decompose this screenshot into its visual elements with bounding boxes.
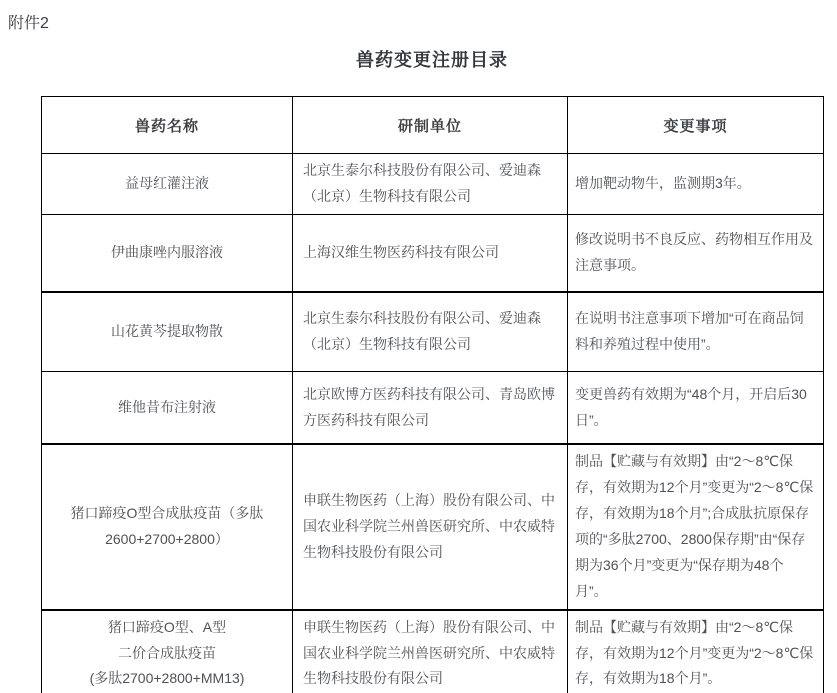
registration-table: 兽药名称 研制单位 变更事项 益母红灌注液 北京生泰尔科技股份有限公司、爱迪森（… — [41, 96, 824, 693]
developer-cell: 北京欧博方医药科技有限公司、青岛欧博方医药科技有限公司 — [293, 371, 568, 444]
developer-cell: 北京生泰尔科技股份有限公司、爱迪森（北京）生物科技有限公司 — [293, 292, 568, 371]
table-row: 伊曲康唑内服溶液 上海汉维生物医药科技有限公司 修改说明书不良反应、药物相互作用… — [42, 214, 824, 292]
drug-name-cell: 益母红灌注液 — [42, 154, 293, 215]
drug-name-cell: 维他昔布注射液 — [42, 371, 293, 444]
drug-name-cell: 伊曲康唑内服溶液 — [42, 214, 293, 292]
change-cell: 制品【贮藏与有效期】由“2～8℃保存，有效期为12个月”变更为“2～8℃保存，有… — [568, 610, 824, 693]
change-cell: 制品【贮藏与有效期】由“2～8℃保存，有效期为12个月”变更为“2～8℃保存，有… — [568, 444, 824, 609]
table-row: 益母红灌注液 北京生泰尔科技股份有限公司、爱迪森（北京）生物科技有限公司 增加靶… — [42, 154, 824, 215]
developer-cell: 申联生物医药（上海）股份有限公司、中国农业科学院兰州兽医研究所、中农威特生物科技… — [293, 444, 568, 609]
page-title: 兽药变更注册目录 — [41, 48, 823, 72]
table-header-row: 兽药名称 研制单位 变更事项 — [42, 97, 824, 154]
drug-name-cell: 猪口蹄疫O型合成肽疫苗（多肽 2600+2700+2800） — [42, 444, 293, 609]
change-cell: 修改说明书不良反应、药物相互作用及注意事项。 — [568, 214, 824, 292]
table-row: 山花黄芩提取物散 北京生泰尔科技股份有限公司、爱迪森（北京）生物科技有限公司 在… — [42, 292, 824, 371]
table-row: 猪口蹄疫O型、A型 二价合成肽疫苗 (多肽2700+2800+MM13) 申联生… — [42, 610, 824, 693]
change-cell: 在说明书注意事项下增加“可在商品饲料和养殖过程中使用”。 — [568, 292, 824, 371]
developer-cell: 北京生泰尔科技股份有限公司、爱迪森（北京）生物科技有限公司 — [293, 154, 568, 215]
header-cell-drug-name: 兽药名称 — [42, 97, 293, 154]
change-cell: 变更兽药有效期为“48个月，开启后30日”。 — [568, 371, 824, 444]
header-cell-developer: 研制单位 — [293, 97, 568, 154]
developer-cell: 申联生物医药（上海）股份有限公司、中国农业科学院兰州兽医研究所、中农威特生物科技… — [293, 610, 568, 693]
header-cell-change: 变更事项 — [568, 97, 824, 154]
drug-name-cell: 猪口蹄疫O型、A型 二价合成肽疫苗 (多肽2700+2800+MM13) — [42, 610, 293, 693]
document-page: 附件2 兽药变更注册目录 兽药名称 研制单位 变更事项 益母红灌注液 北京生泰尔… — [0, 0, 837, 693]
attachment-label: 附件2 — [8, 13, 837, 35]
table-row: 猪口蹄疫O型合成肽疫苗（多肽 2600+2700+2800） 申联生物医药（上海… — [42, 444, 824, 609]
drug-name-cell: 山花黄芩提取物散 — [42, 292, 293, 371]
developer-cell: 上海汉维生物医药科技有限公司 — [293, 214, 568, 292]
change-cell: 增加靶动物牛，监测期3年。 — [568, 154, 824, 215]
table-row: 维他昔布注射液 北京欧博方医药科技有限公司、青岛欧博方医药科技有限公司 变更兽药… — [42, 371, 824, 444]
